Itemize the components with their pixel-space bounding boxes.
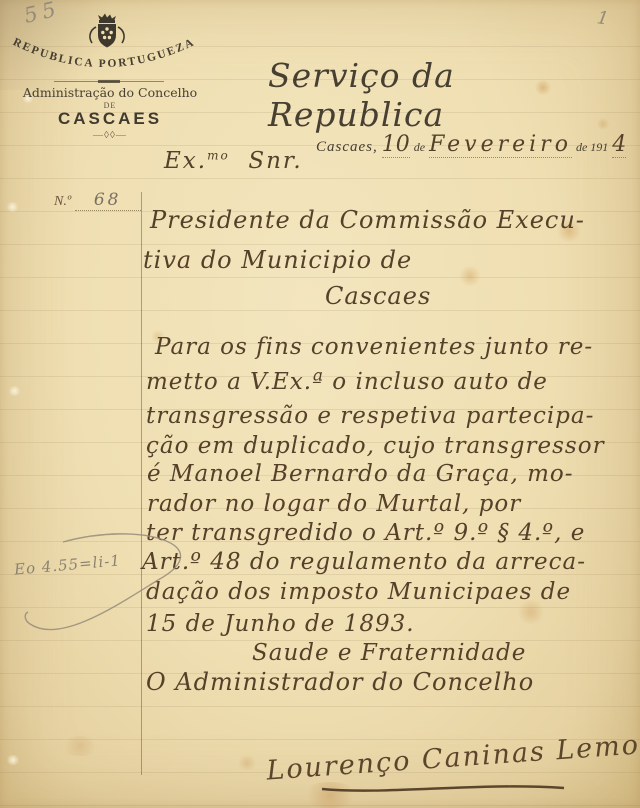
closing-formula: Saude e Fraternidade (252, 640, 526, 666)
margin-rule-line (141, 192, 142, 775)
letterhead-ornament: —◊◊— (12, 130, 208, 141)
reference-value: 68 (94, 190, 122, 210)
pencil-flourish (8, 518, 244, 664)
punch-hole (6, 202, 19, 212)
letterhead-municipality: CASCAES (12, 109, 208, 129)
page-title: Serviço da Republica (268, 56, 640, 134)
punch-hole (8, 386, 21, 396)
addressee-line: Presidente da Commissão Execu- (150, 206, 585, 234)
dateline: Cascaes, 10 de Fevereiro de 191 4 (316, 132, 626, 157)
dateline-year-digit: 4 (612, 132, 626, 158)
reference-label: N.º (54, 194, 71, 209)
salutation-superscript: mo (207, 148, 230, 162)
body-line: Para os fins convenientes junto re- (155, 334, 593, 360)
addressee-line: Cascaes (325, 282, 431, 310)
document-page: 55 1 REPUBLICA PORTUGUEZA Administração … (0, 0, 640, 808)
body-line: é Manoel Bernardo da Graça, mo- (147, 461, 574, 487)
dateline-day: 10 (382, 132, 410, 158)
salutation-ex: Ex. (164, 148, 207, 174)
signature: Lourenço Caninas Lemos (265, 728, 640, 786)
dateline-place: Cascaes, (316, 139, 378, 155)
body-line: rador no logar do Murtal, por (147, 491, 521, 517)
reference-number: N.º 68 (54, 190, 141, 211)
foxing-stain (236, 756, 258, 770)
reference-fill-line: 68 (75, 190, 141, 211)
dateline-de: de (414, 140, 425, 154)
addressee-line: tiva do Municipio de (143, 246, 412, 274)
body-line: transgressão e respetiva partecipa- (146, 403, 594, 429)
signature-underline-flourish (318, 780, 570, 796)
pencil-number-top-right: 1 (595, 7, 610, 30)
foxing-stain (60, 736, 100, 756)
foxing-stain (458, 266, 482, 286)
letterhead-administration: Administração do Concelho (12, 85, 208, 100)
coat-of-arms-icon (86, 12, 128, 58)
salutation: Ex.mo Snr. (164, 148, 303, 174)
body-line: ção em duplicado, cujo transgressor (146, 433, 605, 459)
salutation-snr: Snr. (248, 148, 302, 174)
dateline-month: Fevereiro (429, 132, 572, 158)
dateline-de-year: de 191 (576, 140, 608, 154)
body-line: metto a V.Ex.ª o incluso auto de (146, 369, 548, 395)
paper-speck (6, 755, 20, 765)
letterhead-divider (54, 81, 164, 82)
signoff-title: O Administrador do Concelho (146, 668, 534, 696)
